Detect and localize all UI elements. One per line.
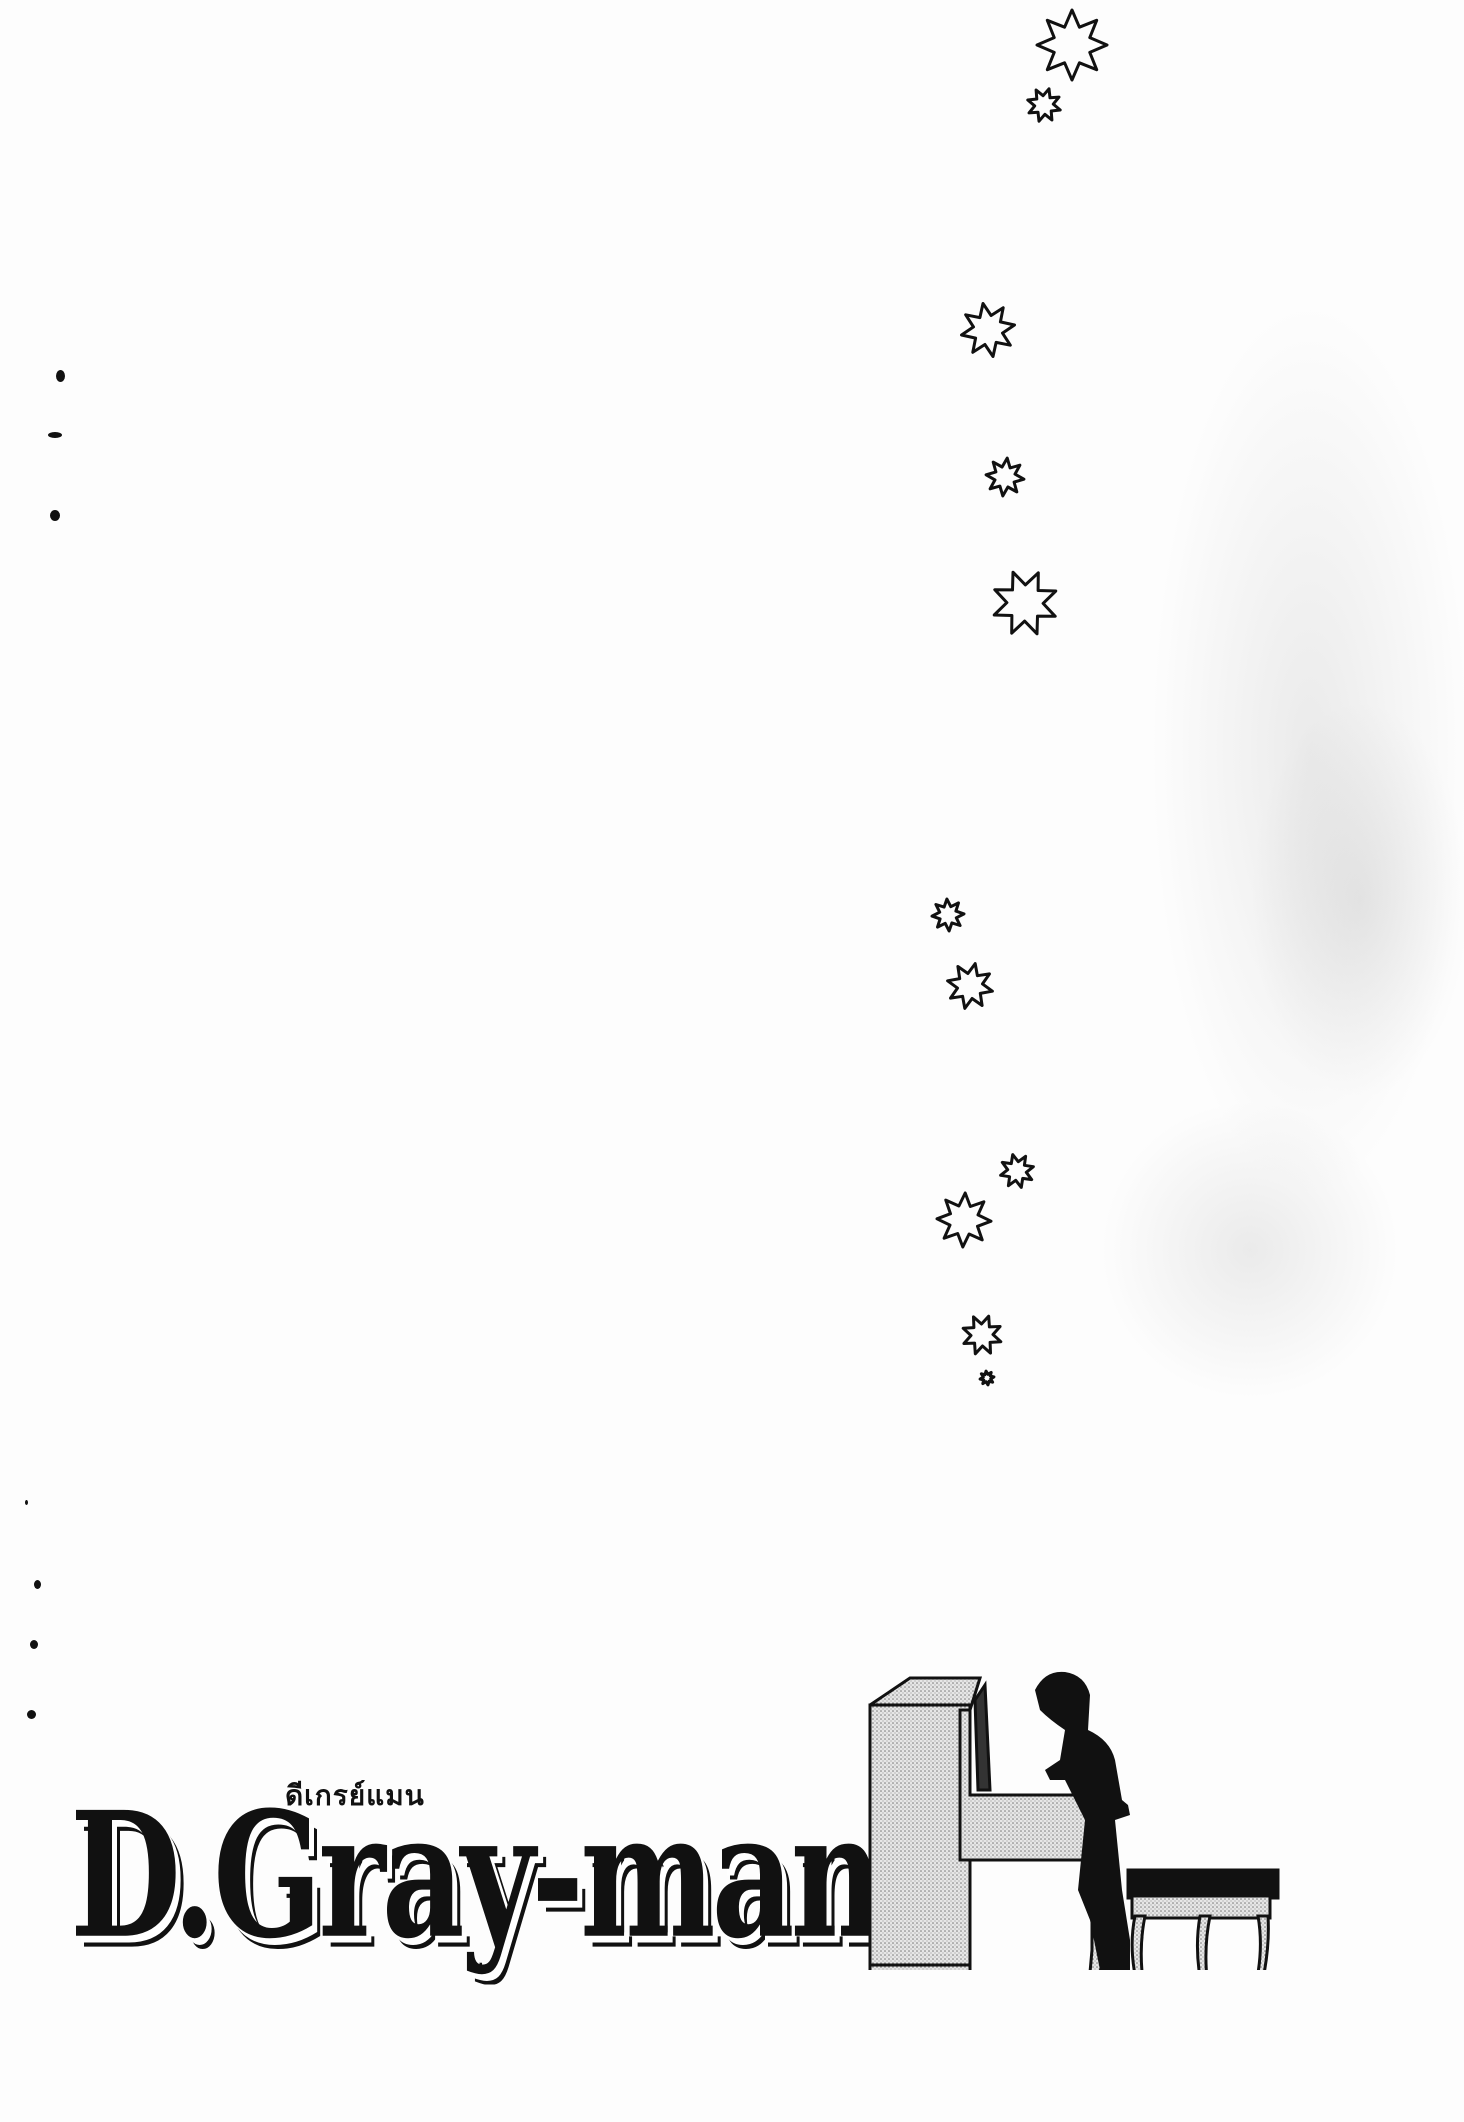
star-icon — [994, 572, 1056, 634]
star-icon — [986, 458, 1024, 496]
logo-title: D.Gray-man — [70, 1790, 880, 1963]
star-icon — [937, 1193, 991, 1247]
manga-page: ดีเกรย์แมน D.Gray-man — [0, 0, 1464, 2122]
star-icon — [1001, 1155, 1034, 1188]
star-icon — [980, 1371, 994, 1385]
piano-bench — [1128, 1870, 1278, 1970]
star-icon — [1037, 10, 1107, 80]
star-icon — [962, 304, 1015, 357]
star-icon — [948, 964, 993, 1009]
piano-illustration — [860, 1590, 1280, 1970]
star-icon — [1028, 89, 1060, 121]
star-icon — [932, 899, 964, 931]
star-icon — [963, 1316, 1001, 1354]
